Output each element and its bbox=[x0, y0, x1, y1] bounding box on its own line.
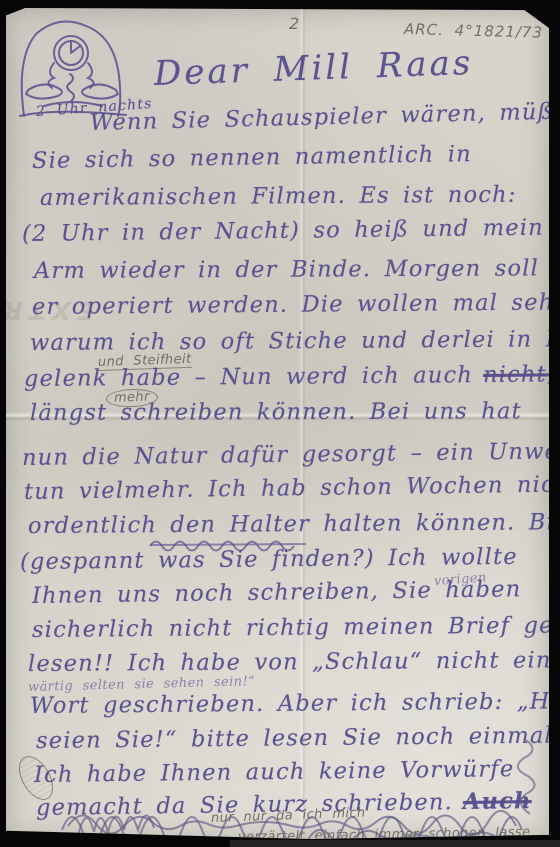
letter-line: ordentlich den Halter halten können. Bin bbox=[28, 509, 560, 539]
page-number: 2 bbox=[289, 14, 300, 33]
scanned-letter-page: EXTRA STRONG 2 ARC. 4°1821/73 2 Uhr nach… bbox=[0, 0, 560, 847]
struck-word: nicht„ bbox=[483, 361, 560, 388]
letter-line: lesen!! Ich habe von „Schlau“ nicht ein„ bbox=[28, 647, 560, 677]
letter-line: amerikanischen Filmen. Es ist noch: bbox=[40, 182, 517, 211]
catalog-number: ARC. 4°1821/73 bbox=[404, 20, 543, 42]
letter-line: warum ich so oft Stiche und derlei in Ha… bbox=[30, 326, 560, 356]
letter-line-text: gelenk habe – Nun werd ich auch bbox=[24, 362, 473, 392]
letter-line: Sie sich so nennen namentlich in bbox=[32, 141, 472, 174]
margin-flourish-scribble bbox=[506, 738, 546, 818]
letter-line: nun die Natur dafür gesorgt – ein Unwe„ bbox=[22, 438, 560, 471]
letter-line: (2 Uhr in der Nacht) so heiß und mein bbox=[22, 215, 544, 247]
letter-line: Wenn Sie Schauspieler wären, müßten bbox=[90, 98, 560, 136]
letter-line: längst schreiben können. Bei uns hat bbox=[30, 398, 522, 426]
letter-paper: EXTRA STRONG 2 ARC. 4°1821/73 2 Uhr nach… bbox=[6, 8, 549, 839]
letter-line: (gespannt was Sie finden?) Ich wollte bbox=[20, 544, 518, 575]
letter-line: Ihnen uns noch schreiben, Sie haben bbox=[32, 576, 522, 609]
letter-line: Wort geschrieben. Aber ich schrieb: „Her… bbox=[30, 688, 560, 719]
letter-line: gelenk habe – Nun werd ich auchnicht„ bbox=[24, 361, 560, 392]
letter-line: sicherlich nicht richtig meinen Brief ge… bbox=[32, 612, 560, 643]
letter-line: er operiert werden. Die wollen mal sehen… bbox=[32, 289, 560, 320]
scan-background-edge bbox=[230, 840, 560, 847]
letter-line: seien Sie!“ bitte lesen Sie noch einmal. bbox=[36, 723, 560, 754]
letter-line: tun vielmehr. Ich hab schon Wochen nicht bbox=[24, 471, 560, 505]
salutation: Dear Mill Raas bbox=[153, 43, 474, 94]
letter-line: Ich habe Ihnen auch keine Vorwürfe bbox=[34, 756, 515, 788]
letter-line: Arm wieder in der Binde. Morgen soll bbox=[34, 255, 539, 284]
